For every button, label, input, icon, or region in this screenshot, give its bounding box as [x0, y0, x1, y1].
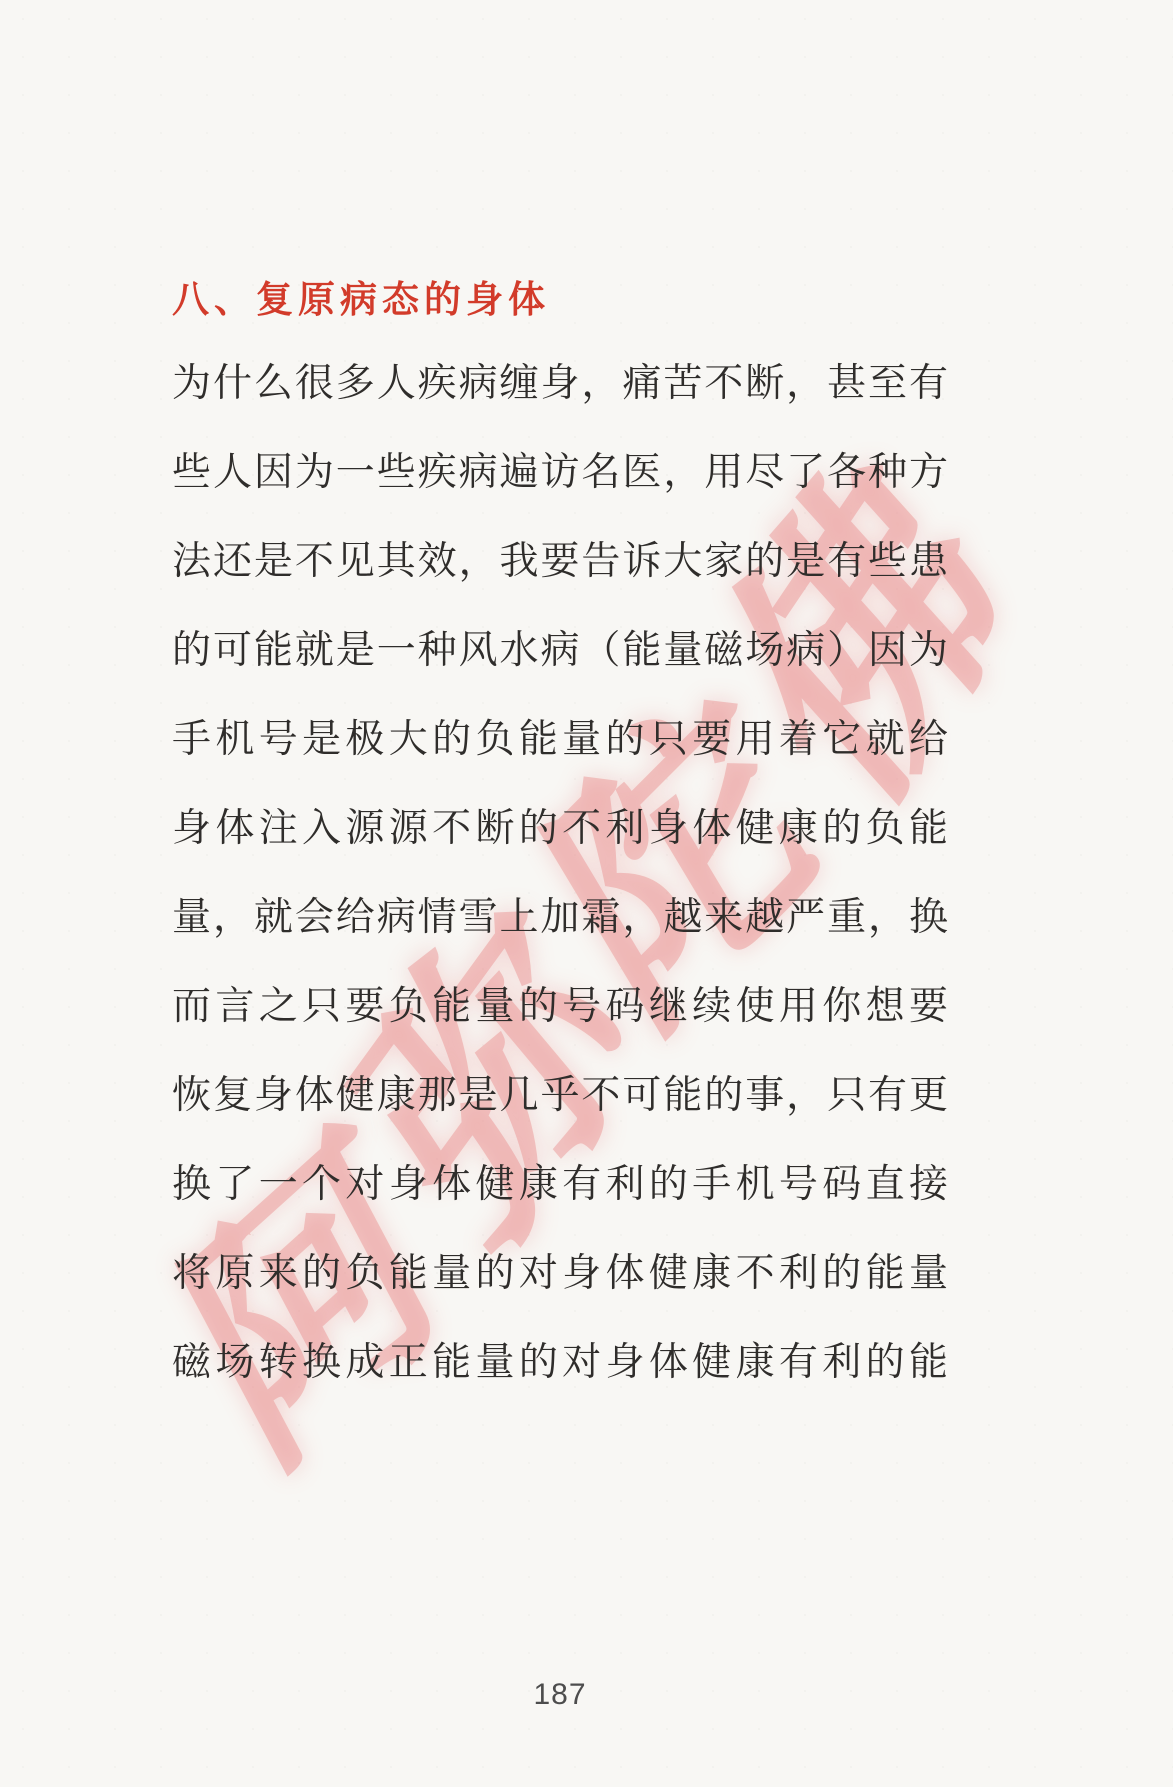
text-line: 磁场转换成正能量的对身体健康有利的能 — [172, 1318, 948, 1407]
text-line: 的可能就是一种风水病（能量磁场病）因为 — [172, 606, 948, 695]
text-line: 恢复身体健康那是几乎不可能的事，只有更 — [172, 1051, 948, 1140]
book-page: 阿 弥 陀 佛 八、复原病态的身体 为什么很多人疾病缠身，痛苦不断，甚至有 些人… — [0, 0, 1173, 1787]
text-line: 法还是不见其效，我要告诉大家的是有些患 — [172, 517, 948, 606]
text-line: 为什么很多人疾病缠身，痛苦不断，甚至有 — [172, 339, 948, 428]
text-line: 手机号是极大的负能量的只要用着它就给 — [172, 695, 948, 784]
text-line: 换了一个对身体健康有利的手机号码直接 — [172, 1140, 948, 1229]
text-line: 而言之只要负能量的号码继续使用你想要 — [172, 962, 948, 1051]
page-number: 187 — [172, 1678, 948, 1712]
text-line: 量，就会给病情雪上加霜，越来越严重，换 — [172, 873, 948, 962]
section-heading: 八、复原病态的身体 — [172, 276, 550, 326]
text-line: 将原来的负能量的对身体健康不利的能量 — [172, 1229, 948, 1318]
text-line: 身体注入源源不断的不利身体健康的负能 — [172, 784, 948, 873]
body-text: 为什么很多人疾病缠身，痛苦不断，甚至有 些人因为一些疾病遍访名医，用尽了各种方 … — [172, 339, 948, 1407]
text-line: 些人因为一些疾病遍访名医，用尽了各种方 — [172, 428, 948, 517]
